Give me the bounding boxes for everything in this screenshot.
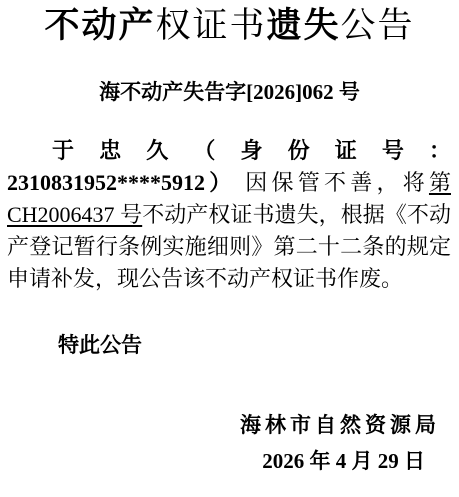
closing-phrase: 特此公告: [58, 331, 459, 359]
document-number: 海不动产失告字[2026]062 号: [0, 78, 459, 106]
page-title: 不动产权证书遗失公告: [0, 8, 459, 43]
signature-block: 海林市自然资源局 2026 年 4 月 29 日: [240, 410, 440, 476]
announcement-body: 于忠久（身份证号：2310831952****5912） 因保管不善，将第 CH…: [7, 135, 451, 295]
body-text-after-applicant: 因保管不善，将: [236, 170, 429, 195]
title-segment-1: 不动产: [44, 6, 155, 45]
title-segment-3: 遗失: [267, 6, 341, 45]
title-segment-2: 权证书: [155, 6, 266, 45]
announcement-document: 不动产权证书遗失公告 海不动产失告字[2026]062 号 于忠久（身份证号：2…: [0, 0, 459, 497]
title-segment-4: 公告: [341, 6, 415, 45]
issue-date: 2026 年 4 月 29 日: [240, 446, 440, 476]
issuer-name: 海林市自然资源局: [240, 410, 440, 440]
